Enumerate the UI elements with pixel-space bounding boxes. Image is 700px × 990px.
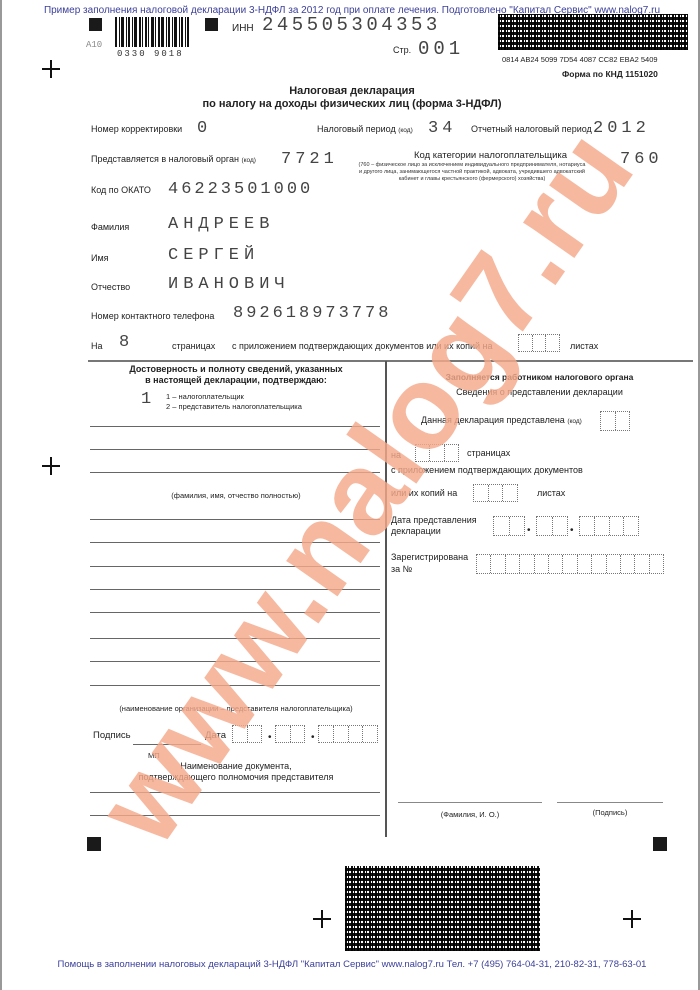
confirm-heading: Достоверность и полноту сведений, указан… xyxy=(88,364,384,374)
page-value: 001 xyxy=(418,38,464,60)
name-label: Имя xyxy=(91,253,109,263)
signer-option-2: 2 – представитель налогоплательщика xyxy=(166,402,302,411)
official-sign-line[interactable] xyxy=(557,802,663,803)
form-subtitle: по налогу на доходы физических лиц (форм… xyxy=(2,98,700,110)
surname-label: Фамилия xyxy=(91,222,129,232)
name-value[interactable]: СЕРГЕЙ xyxy=(168,246,259,265)
date-year-input[interactable] xyxy=(318,725,378,743)
pdf417-barcode xyxy=(498,14,688,50)
patronymic-value[interactable]: ИВАНОВИЧ xyxy=(168,275,290,294)
surname-value[interactable]: АНДРЕЕВ xyxy=(168,215,274,234)
pdf417-barcode-bottom xyxy=(345,866,540,951)
barcode-number: 0330 9018 xyxy=(117,49,184,59)
tax-declaration-page: Пример заполнения налоговой декларации 3… xyxy=(0,0,700,990)
confirm-heading-2: в настоящей декларации, подтверждаю: xyxy=(88,375,384,385)
corner-marker-square xyxy=(205,18,218,31)
signer-value[interactable]: 1 xyxy=(141,390,155,409)
reg-number-input[interactable] xyxy=(476,554,664,574)
pages-value[interactable]: 8 xyxy=(119,333,133,352)
okato-value[interactable]: 46223501000 xyxy=(168,180,313,199)
sheets-label: листах xyxy=(570,341,598,351)
copies-input[interactable] xyxy=(473,484,518,502)
inn-label: ИНН xyxy=(232,23,254,34)
official-sign-caption: (Подпись) xyxy=(557,808,663,817)
phone-label: Номер контактного телефона xyxy=(91,311,214,321)
a10-label: A10 xyxy=(86,40,102,50)
signer-option-1: 1 – налогоплательщик xyxy=(166,392,244,401)
okato-label: Код по ОКАТО xyxy=(91,185,151,195)
date-dot: • xyxy=(570,525,574,536)
pdf417-code: 0814 AB24 5099 7D54 4087 CC82 EBA2 5409 xyxy=(502,55,658,64)
period-label: Налоговый период (код) xyxy=(317,124,413,134)
date-presented-year[interactable] xyxy=(579,516,639,536)
corner-marker-square xyxy=(87,837,101,851)
tax-org-label: Представляется в налоговый орган (код) xyxy=(91,154,256,164)
correction-value[interactable]: 0 xyxy=(197,119,211,138)
official-fio-caption: (Фамилия, И. О.) xyxy=(398,810,542,819)
date-dot: • xyxy=(527,525,531,536)
footer-note: Помощь в заполнении налоговых деклараций… xyxy=(2,959,700,970)
page-label: Стр. xyxy=(393,45,411,55)
registration-cross-icon xyxy=(42,60,60,78)
form-knd: Форма по КНД 1151020 xyxy=(562,69,658,79)
registration-cross-icon xyxy=(623,910,641,928)
inn-value: 245505304353 xyxy=(262,14,441,36)
date-presented-month[interactable] xyxy=(536,516,568,536)
phone-value[interactable]: 892618973778 xyxy=(233,304,391,323)
reg-label-2: за № xyxy=(391,564,412,574)
period-value[interactable]: 34 xyxy=(428,119,456,138)
date-presented-day[interactable] xyxy=(493,516,525,536)
registration-cross-icon xyxy=(42,457,60,475)
reg-label-1: Зарегистрирована xyxy=(391,552,468,562)
corner-marker-square xyxy=(89,18,102,31)
tax-org-value[interactable]: 7721 xyxy=(281,150,338,169)
pages-suffix: страницах xyxy=(172,341,215,351)
official-fio-line[interactable] xyxy=(398,802,542,803)
form-title: Налоговая декларация xyxy=(2,85,700,97)
patronymic-label: Отчество xyxy=(91,282,130,292)
pages-prefix: На xyxy=(91,341,103,351)
barcode xyxy=(115,17,191,47)
registration-cross-icon xyxy=(313,910,331,928)
report-period-value[interactable]: 2012 xyxy=(593,119,650,138)
correction-label: Номер корректировки xyxy=(91,124,182,134)
corner-marker-square xyxy=(653,837,667,851)
date-dot: • xyxy=(311,732,315,743)
presented-code-input[interactable] xyxy=(600,411,630,431)
sheets-label-right: листах xyxy=(537,488,565,498)
